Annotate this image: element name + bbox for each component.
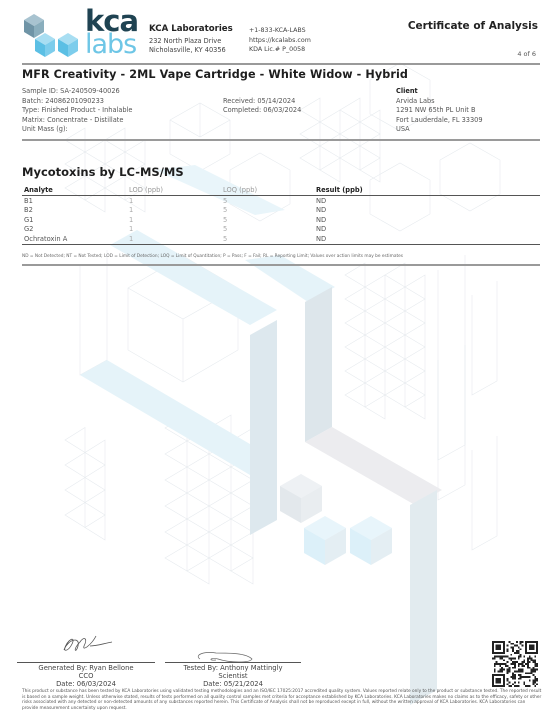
table-row: B2 1 5 ND [22, 206, 540, 216]
kca-labs-logo: kca labs [14, 10, 134, 58]
lod-cell: 1 [127, 215, 221, 225]
company-address-line2: Nicholasville, KY 40356 [149, 46, 226, 54]
generated-by-title: CCO [17, 672, 155, 680]
result-cell: ND [314, 234, 540, 244]
result-cell: ND [314, 196, 540, 206]
analyte-cell: G1 [22, 215, 127, 225]
table-row: G1 1 5 ND [22, 215, 540, 225]
tested-by-name: Tested By: Anthony Mattingly [165, 664, 301, 672]
column-header-result: Result (ppb) [314, 185, 540, 196]
sample-id: Sample ID: SA-240509-40026 [22, 87, 132, 97]
company-name: KCA Laboratories [149, 24, 233, 34]
result-cell: ND [314, 206, 540, 216]
tested-by-date: Date: 05/21/2024 [165, 680, 301, 688]
table-header-row: Analyte LOD (ppb) LOQ (ppb) Result (ppb) [22, 185, 540, 196]
cubes-logo-icon [14, 10, 82, 58]
client-address-line2: Fort Lauderdale, FL 33309 [396, 116, 483, 126]
company-license: KDA Lic.# P_0058 [249, 46, 305, 53]
company-address-line1: 232 North Plaza Drive [149, 37, 221, 45]
lod-cell: 1 [127, 225, 221, 235]
analyte-cell: B1 [22, 196, 127, 206]
generated-by-name: Generated By: Ryan Bellone [17, 664, 155, 672]
client-country: USA [396, 125, 483, 135]
logo-text-labs: labs [85, 29, 136, 60]
analyte-cell: B2 [22, 206, 127, 216]
table-row: B1 1 5 ND [22, 196, 540, 206]
client-name: Arvida Labs [396, 97, 483, 107]
lod-cell: 1 [127, 206, 221, 216]
loq-cell: 5 [221, 225, 314, 235]
result-cell: ND [314, 225, 540, 235]
received-date: Received: 05/14/2024 [223, 97, 301, 107]
loq-cell: 5 [221, 234, 314, 244]
matrix: Matrix: Concentrate - Distillate [22, 116, 132, 126]
column-header-loq: LOQ (ppb) [221, 185, 314, 196]
results-table: Analyte LOD (ppb) LOQ (ppb) Result (ppb)… [22, 185, 540, 245]
column-header-analyte: Analyte [22, 185, 127, 196]
company-website[interactable]: https://kcalabs.com [249, 37, 311, 44]
lod-cell: 1 [127, 196, 221, 206]
loq-cell: 5 [221, 206, 314, 216]
product-type: Type: Finished Product - Inhalable [22, 106, 132, 116]
legal-disclaimer: This product or substance has been teste… [22, 689, 542, 711]
table-row: G2 1 5 ND [22, 225, 540, 235]
header-divider [22, 63, 540, 65]
company-phone: +1-833-KCA-LABS [249, 27, 306, 34]
tested-by-title: Scientist [165, 672, 301, 680]
client-address-line1: 1291 NW 65th PL Unit B [396, 106, 483, 116]
abbreviation-legend: ND = Not Detected; NT = Not Tested; LOD … [22, 254, 403, 259]
analyte-cell: Ochratoxin A [22, 234, 127, 244]
page-indicator: 4 of 6 [517, 50, 536, 58]
tested-by-block: Tested By: Anthony Mattingly Scientist D… [165, 664, 301, 689]
sample-info: Sample ID: SA-240509-40026 Batch: 240862… [22, 87, 132, 135]
client-heading: Client [396, 87, 483, 97]
signature-line-generated [17, 662, 155, 663]
info-divider [22, 139, 540, 141]
loq-cell: 5 [221, 196, 314, 206]
result-cell: ND [314, 215, 540, 225]
product-title: MFR Creativity - 2ML Vape Cartridge - Wh… [22, 68, 408, 81]
qr-code-icon[interactable] [492, 641, 538, 687]
batch: Batch: 24086201090233 [22, 97, 132, 107]
column-header-lod: LOD (ppb) [127, 185, 221, 196]
section-title: Mycotoxins by LC-MS/MS [22, 165, 184, 179]
legend-divider [22, 264, 540, 266]
lod-cell: 1 [127, 234, 221, 244]
signature-line-tested [165, 662, 301, 663]
completed-date: Completed: 06/03/2024 [223, 106, 301, 116]
analyte-cell: G2 [22, 225, 127, 235]
loq-cell: 5 [221, 215, 314, 225]
document-title: Certificate of Analysis [408, 20, 538, 32]
signature-ryan-bellone [58, 632, 118, 658]
generated-by-date: Date: 06/03/2024 [17, 680, 155, 688]
unit-mass: Unit Mass (g): [22, 125, 132, 135]
table-row: Ochratoxin A 1 5 ND [22, 234, 540, 244]
client-info: Client Arvida Labs 1291 NW 65th PL Unit … [396, 87, 483, 135]
dates-info: Received: 05/14/2024 Completed: 06/03/20… [223, 97, 301, 116]
generated-by-block: Generated By: Ryan Bellone CCO Date: 06/… [17, 664, 155, 689]
